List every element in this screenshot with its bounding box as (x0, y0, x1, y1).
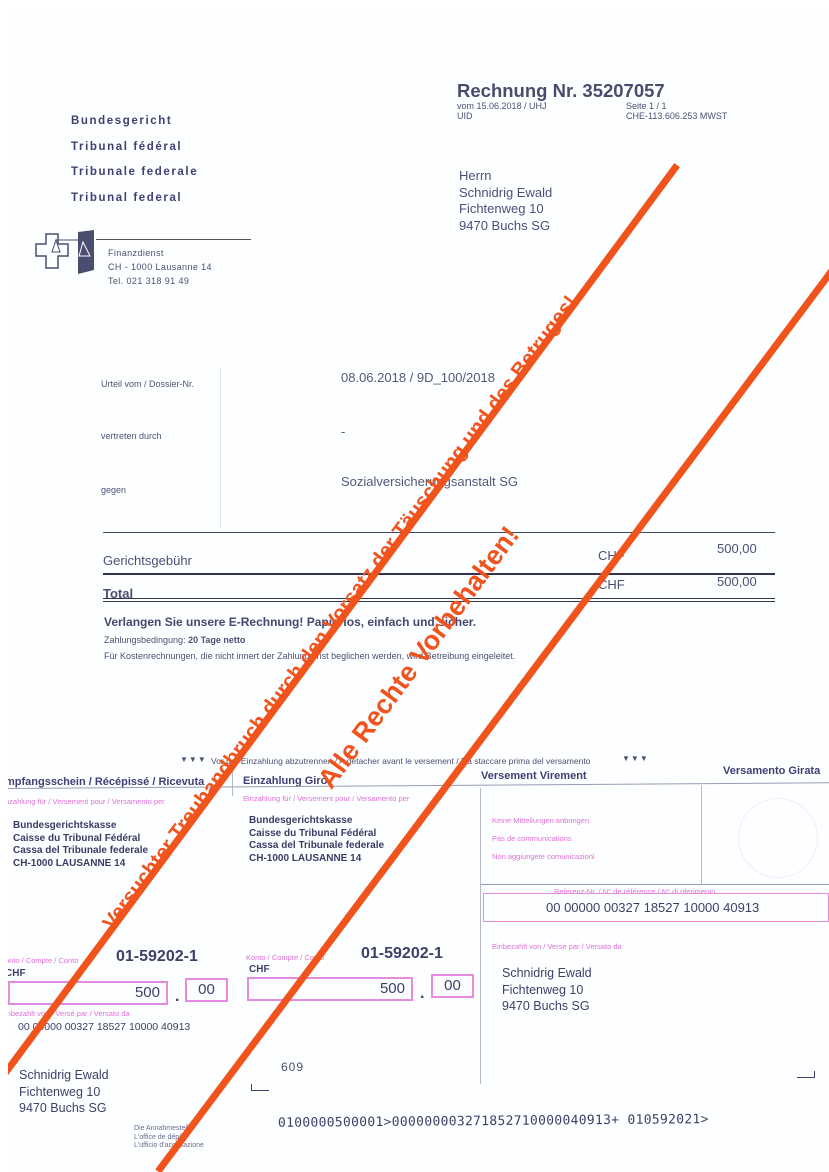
details-divider (220, 368, 221, 528)
sender-phone: Tel. 021 318 91 49 (108, 276, 189, 286)
no-message-de: Keine Mitteilungen anbringen (492, 816, 589, 825)
table-mid-rule (103, 573, 775, 575)
detail-value-judgment: 08.06.2018 / 9D_100/2018 (341, 370, 495, 385)
virement-title: Versement Virement (481, 770, 587, 782)
giro-beneficiary-line: Bundesgerichtskasse (249, 815, 384, 828)
office-code: 609 (281, 1060, 304, 1074)
court-name-de: Bundesgericht (71, 115, 172, 127)
giro-beneficiary-line: Cassa del Tribunale federale (249, 840, 384, 853)
receipt-paid-by-label: inbezahlt von / Versé par / Versato da (8, 1009, 130, 1018)
receipt-payer-line: Fichtenweg 10 (19, 1084, 109, 1101)
detail-value-represented-by: - (341, 424, 345, 439)
swiss-cross-scales-icon (28, 230, 94, 280)
receipt-beneficiary: Bundesgerichtskasse Caisse du Tribunal F… (13, 820, 148, 870)
receipt-payer-line: Schnidrig Ewald (19, 1067, 109, 1084)
giro-payer-address: Schnidrig Ewald Fichtenweg 10 9470 Buchs… (502, 965, 592, 1015)
perforation-arrows-right-icon: ▼▼▼ (622, 754, 649, 763)
ocr-coding-line: 0100000500001>00000000327185271000004091… (278, 1112, 709, 1131)
e-invoice-note: Verlangen Sie unsere E-Rechnung! Papierl… (104, 615, 476, 629)
invoice-page: Bundesgericht Tribunal fédéral Tribunale… (8, 8, 829, 1172)
table-bottom-rule-1 (103, 598, 775, 599)
giro-account-number: 01-59202-1 (361, 945, 443, 963)
charge-label: Gerichtsgebühr (103, 553, 192, 568)
court-name-rm: Tribunal federal (71, 192, 182, 204)
receipt-currency: CHF (8, 968, 26, 979)
giro-currency: CHF (249, 964, 270, 975)
message-box-bottom (480, 884, 829, 885)
invoice-vat-number: CHE-113.606.253 MWST (626, 111, 727, 121)
court-name-it: Tribunale federale (71, 166, 198, 178)
message-box-right (701, 785, 702, 885)
giro-payer-corner-mark (797, 1071, 815, 1078)
table-top-rule (103, 532, 775, 533)
charge-amount: 500,00 (717, 541, 757, 556)
recipient-address: Herrn Schnidrig Ewald Fichtenweg 10 9470… (459, 168, 552, 234)
receipt-payer-address: Schnidrig Ewald Fichtenweg 10 9470 Buchs… (19, 1067, 109, 1117)
recipient-salutation: Herrn (459, 168, 552, 185)
payment-terms-value: 20 Tage netto (188, 635, 245, 645)
payment-terms: Zahlungsbedingung: 20 Tage netto (104, 635, 245, 645)
giro-amount-cents[interactable]: 00 (431, 974, 474, 998)
sender-city: CH - 1000 Lausanne 14 (108, 262, 212, 272)
giro-payment-for-label: Einzahlung für / Versement pour / Versam… (243, 794, 409, 803)
giro-payer-line: Fichtenweg 10 (502, 982, 592, 999)
girata-title: Versamento Girata (723, 765, 820, 777)
stamp-circle (738, 798, 818, 878)
invoice-date: vom 15.06.2018 / UHJ (457, 101, 547, 111)
receipt-account-label: onto / Compte / Conto (8, 956, 78, 965)
sender-divider (96, 239, 251, 240)
giro-beneficiary-line: Caisse du Tribunal Fédéral (249, 828, 384, 841)
acceptance-office-line: L'office de dépôt (134, 1134, 204, 1143)
receipt-amount-francs[interactable]: 500 (8, 981, 168, 1005)
reference-number: 00 00000 00327 18527 10000 40913 (546, 900, 759, 915)
giro-payer-line: Schnidrig Ewald (502, 965, 592, 982)
receipt-beneficiary-line: Bundesgerichtskasse (13, 820, 148, 833)
no-message-it: Non aggiungete comunicazioni (492, 852, 595, 861)
perforation-instruction: Vor der Einzahlung abzutrennen / A détac… (211, 756, 590, 766)
invoice-title: Rechnung Nr. 35207057 (457, 80, 665, 102)
receipt-amount-cents[interactable]: 00 (185, 978, 228, 1002)
giro-payer-line: 9470 Buchs SG (502, 998, 592, 1015)
receipt-decimal-separator: . (175, 988, 179, 1006)
payment-terms-label: Zahlungsbedingung: (104, 635, 188, 645)
sender-department: Finanzdienst (108, 248, 164, 258)
table-bottom-rule-2 (103, 601, 775, 602)
giro-beneficiary: Bundesgerichtskasse Caisse du Tribunal F… (249, 815, 384, 865)
scan-corner-mark (251, 1084, 269, 1091)
receipt-beneficiary-line: Cassa del Tribunale federale (13, 845, 148, 858)
no-message-fr: Pas de communications (492, 834, 572, 843)
giro-beneficiary-line: CH-1000 LAUSANNE 14 (249, 853, 384, 866)
recipient-name: Schnidrig Ewald (459, 185, 552, 202)
giro-paid-by-label: Einbezahlt von / Versé par / Versato da (492, 942, 622, 951)
receipt-beneficiary-line: CH-1000 LAUSANNE 14 (13, 858, 148, 871)
invoice-page-number: Seite 1 / 1 (626, 101, 667, 111)
receipt-payer-line: 9470 Buchs SG (19, 1100, 109, 1117)
receipt-beneficiary-line: Caisse du Tribunal Fédéral (13, 833, 148, 846)
detail-label-against: gegen (101, 485, 126, 495)
giro-decimal-separator: . (420, 985, 424, 1003)
receipt-account-number: 01-59202-1 (116, 948, 198, 966)
watermark-stripe-2 (155, 88, 829, 1172)
invoice-uid-label: UID (457, 111, 473, 121)
payer-section-left (480, 884, 481, 1084)
detail-label-judgment: Urteil vom / Dossier-Nr. (101, 379, 194, 389)
detail-label-represented-by: vertreten durch (101, 431, 162, 441)
total-amount: 500,00 (717, 574, 757, 589)
giro-amount-francs[interactable]: 500 (247, 977, 413, 1001)
receipt-payment-for-label: nzahlung für / Versement pour / Versamen… (8, 797, 165, 806)
message-box-left (480, 788, 481, 888)
court-name-fr: Tribunal fédéral (71, 141, 182, 153)
perforation-arrows-left-icon: ▼▼▼ (180, 755, 207, 764)
recipient-street: Fichtenweg 10 (459, 201, 552, 218)
recipient-city: 9470 Buchs SG (459, 218, 552, 235)
